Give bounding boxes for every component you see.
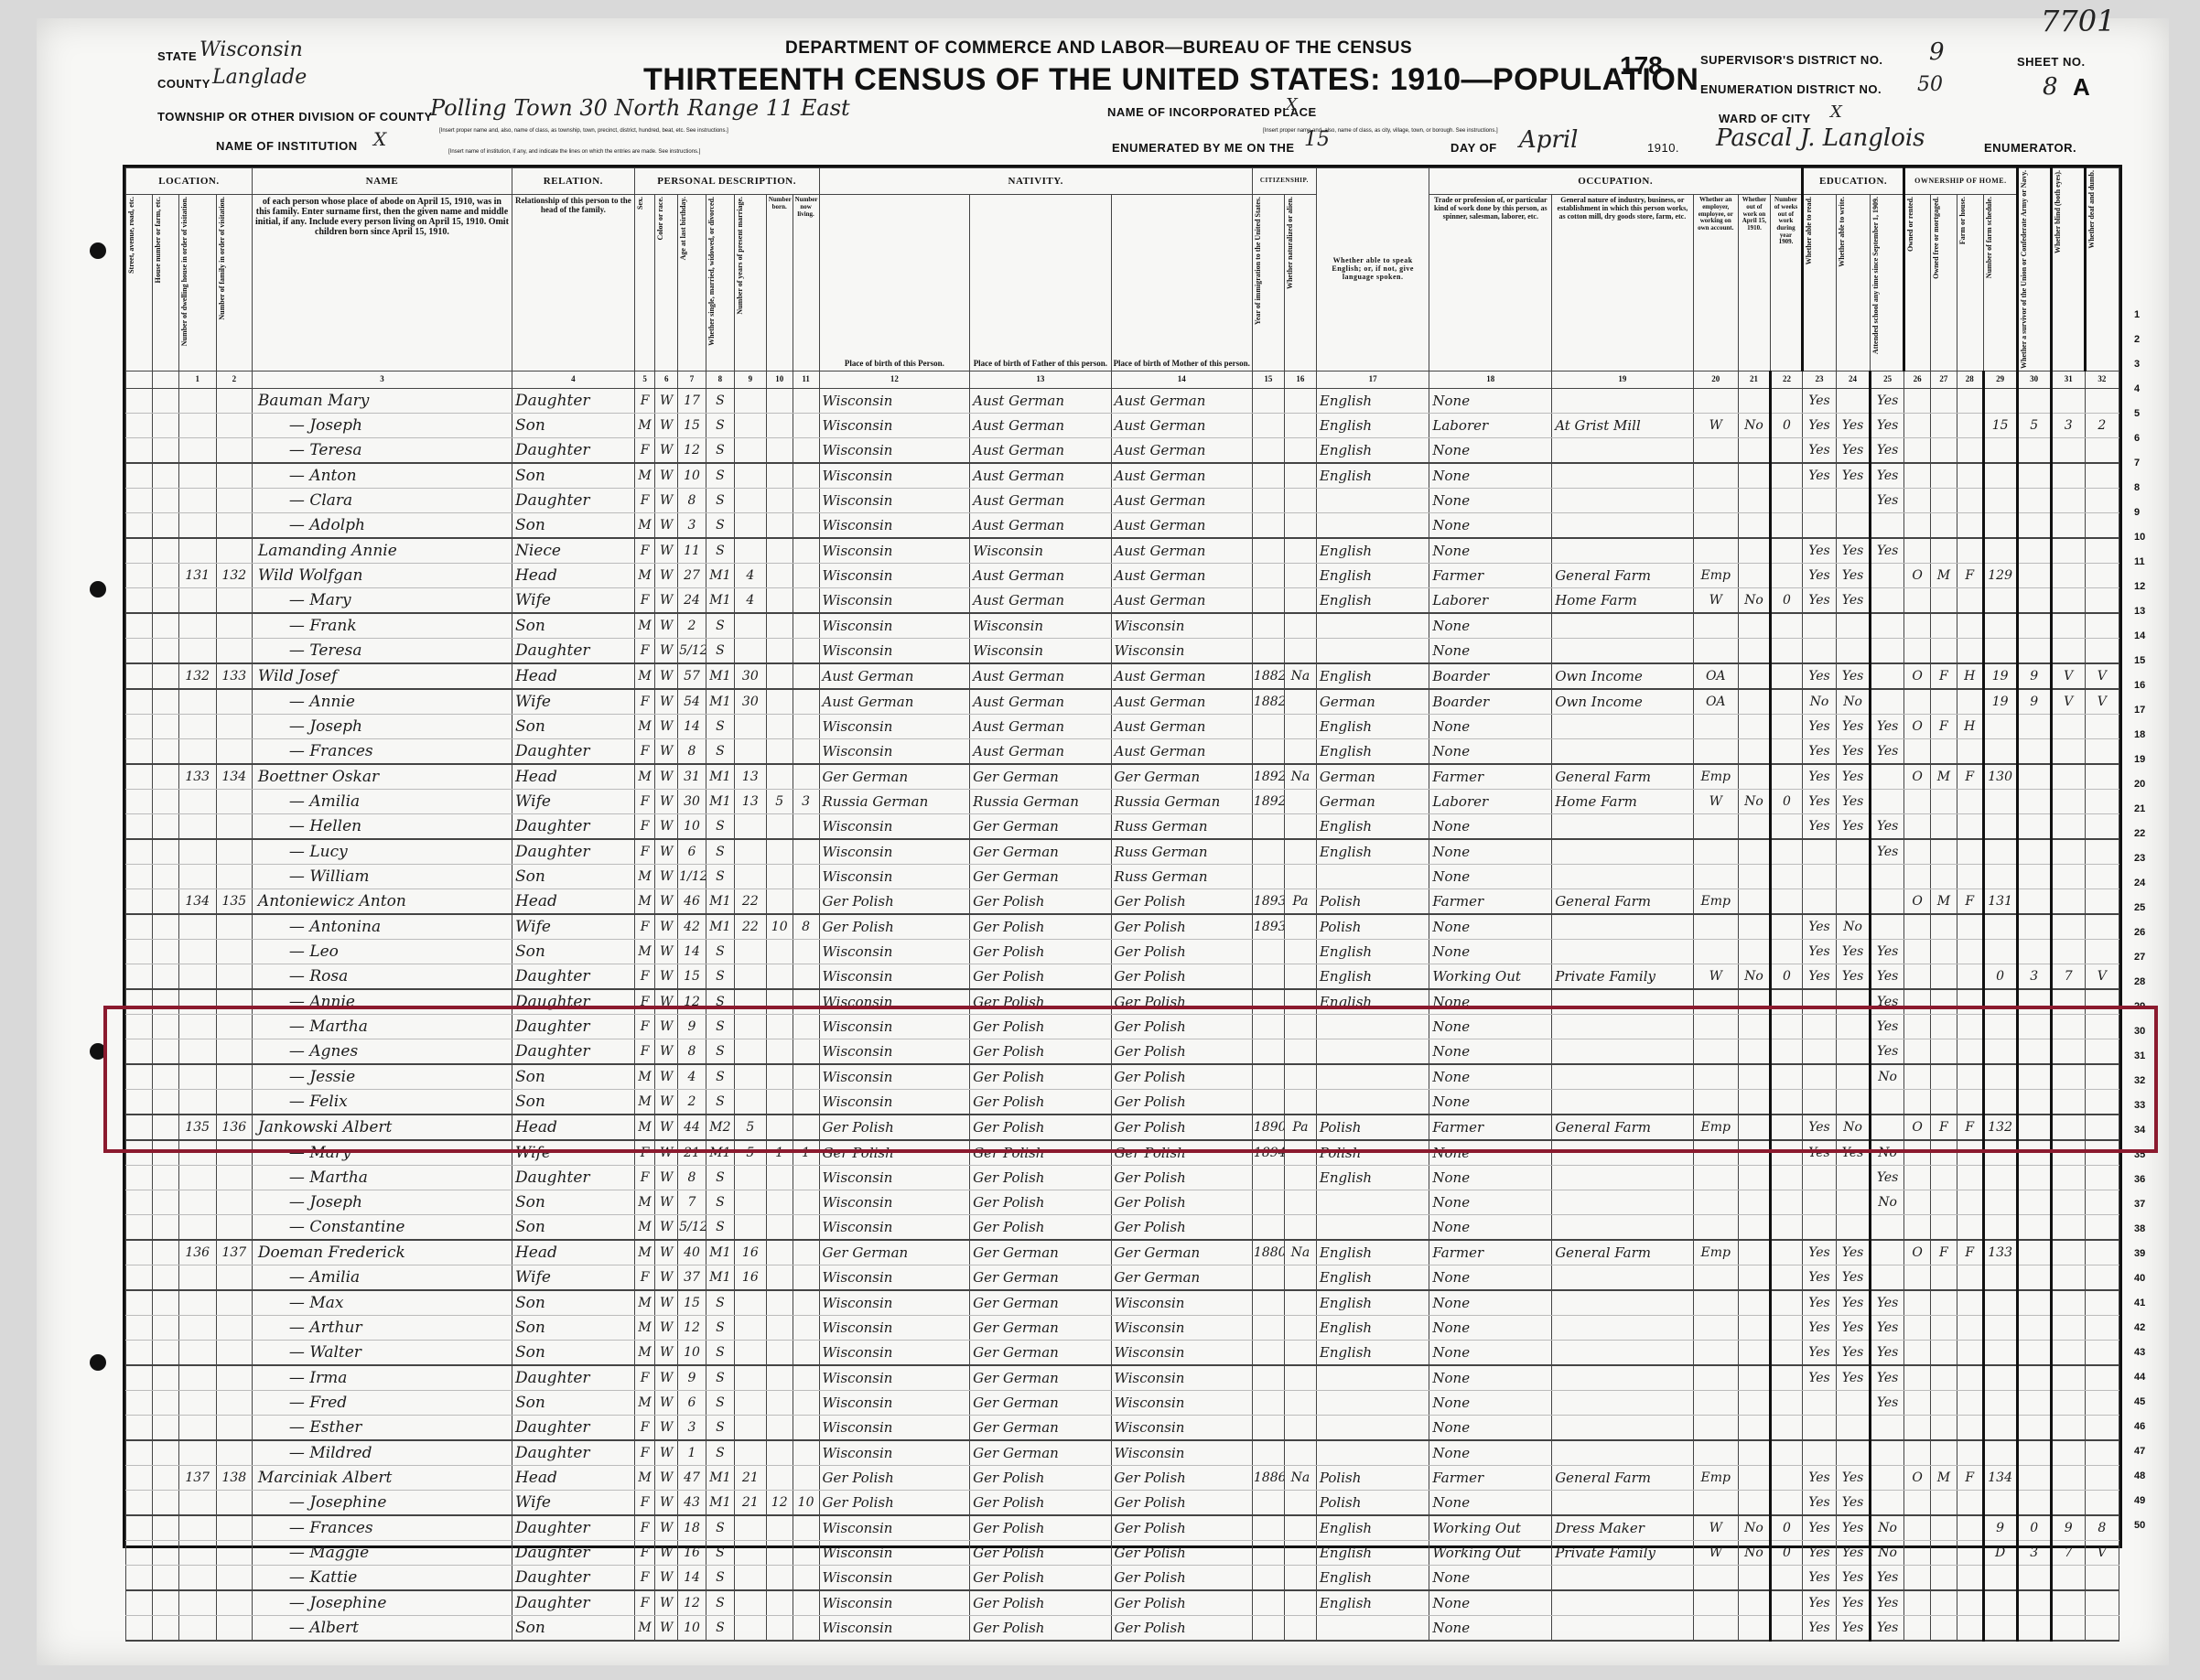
cell-years-married bbox=[734, 1515, 766, 1541]
cell-sched: 132 bbox=[1983, 1115, 2017, 1140]
group-occupation: OCCUPATION. bbox=[1429, 168, 1803, 195]
cell-race: W bbox=[655, 512, 678, 538]
cell-free bbox=[1930, 587, 1957, 613]
cell-out: No bbox=[1738, 789, 1770, 813]
cell-free bbox=[1930, 613, 1957, 639]
cell-write: Yes bbox=[1837, 1290, 1871, 1316]
cell-deaf bbox=[2085, 638, 2119, 663]
cell-street bbox=[126, 1165, 153, 1190]
cell-read bbox=[1802, 1390, 1836, 1415]
cell-write: Yes bbox=[1837, 1265, 1871, 1290]
cell-years-married bbox=[734, 1565, 766, 1590]
cell-weeks bbox=[1770, 638, 1802, 663]
cell-father-birth: Ger Polish bbox=[970, 1039, 1111, 1064]
cell-deaf bbox=[2085, 914, 2119, 940]
cell-sex: F bbox=[634, 1265, 655, 1290]
table-row: — AnnieDaughterFW12SWisconsinGer PolishG… bbox=[126, 989, 2119, 1015]
cell-living bbox=[793, 437, 819, 463]
cell-sched bbox=[1983, 463, 2017, 489]
cell-read bbox=[1802, 989, 1836, 1015]
cell-family bbox=[216, 839, 252, 865]
table-row: Lamanding AnnieNieceFW11SWisconsinWiscon… bbox=[126, 538, 2119, 564]
cell-years-married bbox=[734, 1540, 766, 1565]
cell-industry bbox=[1552, 1265, 1693, 1290]
cell-read bbox=[1802, 488, 1836, 512]
cell-years-married bbox=[734, 1315, 766, 1340]
cell-write: Yes bbox=[1837, 764, 1871, 790]
cell-nat bbox=[1284, 839, 1316, 865]
cell-survivor bbox=[2017, 813, 2051, 839]
cell-emp: Emp bbox=[1693, 764, 1738, 790]
cell-relation: Son bbox=[512, 463, 634, 489]
cell-marital: S bbox=[706, 1415, 734, 1440]
sheet-value: 8 bbox=[2043, 73, 2058, 101]
cell-own bbox=[1904, 813, 1931, 839]
cell-school: Yes bbox=[1871, 388, 1904, 413]
cell-name: — Esther bbox=[252, 1415, 512, 1440]
cell-language bbox=[1316, 1014, 1429, 1039]
cell-birth: Wisconsin bbox=[819, 1315, 970, 1340]
cell-sex: M bbox=[634, 1115, 655, 1140]
cell-living bbox=[793, 463, 819, 489]
line-number: 4 bbox=[2134, 383, 2140, 394]
cell-read bbox=[1802, 1089, 1836, 1115]
cell-age: 1/12 bbox=[678, 864, 706, 888]
cell-marital: S bbox=[706, 1565, 734, 1590]
cell-race: W bbox=[655, 1390, 678, 1415]
cell-farm: H bbox=[1957, 714, 1983, 738]
enumerator-name: Pascal J. Langlois bbox=[1716, 124, 1925, 152]
header-employer: Whether an employer, employee, or workin… bbox=[1693, 195, 1738, 372]
column-number: 2 bbox=[216, 371, 252, 388]
cell-name: — Clara bbox=[252, 488, 512, 512]
cell-living: 1 bbox=[793, 1140, 819, 1166]
cell-out bbox=[1738, 1240, 1770, 1265]
cell-industry: Private Family bbox=[1552, 1540, 1693, 1565]
cell-marital: S bbox=[706, 538, 734, 564]
cell-deaf bbox=[2085, 1115, 2119, 1140]
column-number: 13 bbox=[970, 371, 1111, 388]
cell-write bbox=[1837, 488, 1871, 512]
cell-nat bbox=[1284, 538, 1316, 564]
cell-family bbox=[216, 512, 252, 538]
cell-language bbox=[1316, 1615, 1429, 1641]
cell-relation: Wife bbox=[512, 1140, 634, 1166]
cell-industry bbox=[1552, 512, 1693, 538]
cell-dwelling bbox=[178, 1415, 216, 1440]
line-number: 25 bbox=[2134, 902, 2145, 913]
cell-emp bbox=[1693, 813, 1738, 839]
cell-nat bbox=[1284, 437, 1316, 463]
cell-father-birth: Aust German bbox=[970, 738, 1111, 764]
cell-father-birth: Aust German bbox=[970, 488, 1111, 512]
cell-school bbox=[1871, 864, 1904, 888]
cell-living bbox=[793, 714, 819, 738]
cell-trade: None bbox=[1429, 1165, 1552, 1190]
cell-read: Yes bbox=[1802, 587, 1836, 613]
cell-house bbox=[152, 538, 178, 564]
cell-emp bbox=[1693, 1265, 1738, 1290]
cell-out: No bbox=[1738, 1540, 1770, 1565]
cell-father-birth: Ger German bbox=[970, 1290, 1111, 1316]
cell-write: Yes bbox=[1837, 463, 1871, 489]
cell-street bbox=[126, 1140, 153, 1166]
cell-blind: 9 bbox=[2051, 1515, 2085, 1541]
cell-survivor: 3 bbox=[2017, 964, 2051, 989]
cell-deaf: 8 bbox=[2085, 1515, 2119, 1541]
cell-out bbox=[1738, 1014, 1770, 1039]
cell-farm bbox=[1957, 1064, 1983, 1090]
table-row: — MarthaDaughterFW8SWisconsinGer PolishG… bbox=[126, 1165, 2119, 1190]
cell-read bbox=[1802, 613, 1836, 639]
cell-language: English bbox=[1316, 1515, 1429, 1541]
cell-own bbox=[1904, 1039, 1931, 1064]
cell-nat bbox=[1284, 714, 1316, 738]
line-number: 47 bbox=[2134, 1446, 2145, 1457]
cell-sched bbox=[1983, 1014, 2017, 1039]
cell-born bbox=[766, 437, 793, 463]
cell-living bbox=[793, 1615, 819, 1641]
cell-birth: Wisconsin bbox=[819, 413, 970, 437]
institution-value: X bbox=[373, 128, 386, 150]
cell-street bbox=[126, 538, 153, 564]
cell-house bbox=[152, 638, 178, 663]
cell-industry bbox=[1552, 388, 1693, 413]
cell-own: O bbox=[1904, 764, 1931, 790]
cell-mother-birth: Ger Polish bbox=[1111, 1064, 1252, 1090]
cell-living bbox=[793, 839, 819, 865]
cell-sex: M bbox=[634, 714, 655, 738]
cell-blind bbox=[2051, 864, 2085, 888]
cell-years-married: 13 bbox=[734, 764, 766, 790]
cell-age: 7 bbox=[678, 1190, 706, 1214]
cell-own bbox=[1904, 1140, 1931, 1166]
cell-father-birth: Ger Polish bbox=[970, 1089, 1111, 1115]
cell-deaf bbox=[2085, 613, 2119, 639]
cell-mother-birth: Wisconsin bbox=[1111, 1415, 1252, 1440]
cell-house bbox=[152, 689, 178, 715]
cell-read: Yes bbox=[1802, 764, 1836, 790]
cell-survivor bbox=[2017, 563, 2051, 587]
cell-weeks bbox=[1770, 663, 1802, 689]
cell-birth: Ger Polish bbox=[819, 1465, 970, 1490]
cell-mother-birth: Ger Polish bbox=[1111, 1039, 1252, 1064]
cell-trade: Working Out bbox=[1429, 1540, 1552, 1565]
cell-write: Yes bbox=[1837, 413, 1871, 437]
cell-marital: S bbox=[706, 1165, 734, 1190]
cell-house bbox=[152, 1140, 178, 1166]
cell-sex: F bbox=[634, 1415, 655, 1440]
column-number: 20 bbox=[1693, 371, 1738, 388]
cell-family bbox=[216, 1190, 252, 1214]
cell-family bbox=[216, 1490, 252, 1515]
cell-free bbox=[1930, 1565, 1957, 1590]
cell-born bbox=[766, 1089, 793, 1115]
cell-father-birth: Ger German bbox=[970, 1365, 1111, 1391]
cell-immig: 1882 bbox=[1252, 689, 1284, 715]
cell-sched bbox=[1983, 914, 2017, 940]
column-number: 25 bbox=[1871, 371, 1904, 388]
cell-mother-birth: Aust German bbox=[1111, 563, 1252, 587]
cell-relation: Son bbox=[512, 1615, 634, 1641]
cell-sex: M bbox=[634, 413, 655, 437]
cell-name: — Maggie bbox=[252, 1540, 512, 1565]
cell-name: Wild Wolfgan bbox=[252, 563, 512, 587]
cell-industry bbox=[1552, 1140, 1693, 1166]
department-title: DEPARTMENT OF COMMERCE AND LABOR—BUREAU … bbox=[785, 38, 1412, 59]
cell-language: English bbox=[1316, 463, 1429, 489]
cell-industry bbox=[1552, 1390, 1693, 1415]
cell-weeks bbox=[1770, 1214, 1802, 1240]
cell-family bbox=[216, 939, 252, 964]
cell-out bbox=[1738, 813, 1770, 839]
cell-house bbox=[152, 1565, 178, 1590]
cell-language bbox=[1316, 864, 1429, 888]
cell-sex: M bbox=[634, 563, 655, 587]
cell-immig bbox=[1252, 538, 1284, 564]
cell-family bbox=[216, 538, 252, 564]
cell-dwelling bbox=[178, 964, 216, 989]
cell-name: — Joseph bbox=[252, 1190, 512, 1214]
cell-read bbox=[1802, 888, 1836, 914]
cell-out bbox=[1738, 1390, 1770, 1415]
cell-language bbox=[1316, 638, 1429, 663]
cell-name: — Martha bbox=[252, 1014, 512, 1039]
cell-out bbox=[1738, 1440, 1770, 1466]
cell-sched bbox=[1983, 1565, 2017, 1590]
table-row: — TeresaDaughterFW12SWisconsinAust Germa… bbox=[126, 437, 2119, 463]
cell-house bbox=[152, 1540, 178, 1565]
cell-dwelling: 137 bbox=[178, 1465, 216, 1490]
cell-farm bbox=[1957, 864, 1983, 888]
cell-marital: S bbox=[706, 1190, 734, 1214]
cell-mother-birth: Russ German bbox=[1111, 813, 1252, 839]
cell-dwelling bbox=[178, 488, 216, 512]
header-weeks-out: Number of weeks out of work during year … bbox=[1770, 195, 1802, 372]
cell-free bbox=[1930, 813, 1957, 839]
cell-survivor bbox=[2017, 1190, 2051, 1214]
cell-relation: Son bbox=[512, 714, 634, 738]
cell-emp: W bbox=[1693, 1515, 1738, 1541]
cell-years-married: 16 bbox=[734, 1265, 766, 1290]
cell-relation: Niece bbox=[512, 538, 634, 564]
cell-nat: Pa bbox=[1284, 888, 1316, 914]
cell-father-birth: Ger German bbox=[970, 1315, 1111, 1340]
cell-survivor: 5 bbox=[2017, 413, 2051, 437]
cell-language bbox=[1316, 1415, 1429, 1440]
cell-mother-birth: Wisconsin bbox=[1111, 1315, 1252, 1340]
cell-free bbox=[1930, 463, 1957, 489]
cell-trade: None bbox=[1429, 613, 1552, 639]
cell-father-birth: Ger Polish bbox=[970, 1515, 1111, 1541]
cell-father-birth: Ger Polish bbox=[970, 1190, 1111, 1214]
cell-weeks bbox=[1770, 1064, 1802, 1090]
cell-relation: Daughter bbox=[512, 1014, 634, 1039]
cell-blind bbox=[2051, 1590, 2085, 1616]
cell-deaf bbox=[2085, 488, 2119, 512]
county-label: COUNTY bbox=[157, 77, 210, 91]
table-row: 134135Antoniewicz AntonHeadMW46M122Ger P… bbox=[126, 888, 2119, 914]
cell-street bbox=[126, 914, 153, 940]
cell-blind bbox=[2051, 1140, 2085, 1166]
cell-survivor bbox=[2017, 864, 2051, 888]
cell-years-married bbox=[734, 463, 766, 489]
cell-born bbox=[766, 1190, 793, 1214]
cell-race: W bbox=[655, 1540, 678, 1565]
column-number: 11 bbox=[793, 371, 819, 388]
cell-weeks: 0 bbox=[1770, 964, 1802, 989]
cell-father-birth: Aust German bbox=[970, 512, 1111, 538]
cell-own bbox=[1904, 638, 1931, 663]
header-dwelling-number: Number of dwelling house in order of vis… bbox=[181, 197, 189, 346]
cell-mother-birth: Ger Polish bbox=[1111, 1165, 1252, 1190]
cell-free bbox=[1930, 1440, 1957, 1466]
cell-street bbox=[126, 1089, 153, 1115]
cell-trade: None bbox=[1429, 1014, 1552, 1039]
cell-father-birth: Ger Polish bbox=[970, 1540, 1111, 1565]
cell-family bbox=[216, 638, 252, 663]
table-row: — AlbertSonMW10SWisconsinGer PolishGer P… bbox=[126, 1615, 2119, 1641]
cell-sched: 9 bbox=[1983, 1515, 2017, 1541]
cell-industry bbox=[1552, 1290, 1693, 1316]
cell-immig bbox=[1252, 989, 1284, 1015]
cell-blind bbox=[2051, 1115, 2085, 1140]
cell-write bbox=[1837, 1415, 1871, 1440]
cell-born: 1 bbox=[766, 1140, 793, 1166]
header-language: Whether able to speak English; or, if no… bbox=[1316, 168, 1429, 372]
cell-name: — Mary bbox=[252, 1140, 512, 1166]
cell-emp: W bbox=[1693, 789, 1738, 813]
cell-weeks: 0 bbox=[1770, 789, 1802, 813]
cell-blind: 3 bbox=[2051, 413, 2085, 437]
cell-out bbox=[1738, 463, 1770, 489]
cell-years-married bbox=[734, 1340, 766, 1365]
cell-mother-birth: Ger Polish bbox=[1111, 1490, 1252, 1515]
cell-trade: None bbox=[1429, 1590, 1552, 1616]
cell-trade: Working Out bbox=[1429, 1515, 1552, 1541]
cell-street bbox=[126, 1615, 153, 1641]
cell-age: 15 bbox=[678, 1290, 706, 1316]
cell-mother-birth: Russia German bbox=[1111, 789, 1252, 813]
cell-sched bbox=[1983, 1140, 2017, 1166]
cell-language: English bbox=[1316, 587, 1429, 613]
cell-living bbox=[793, 1365, 819, 1391]
cell-industry bbox=[1552, 1039, 1693, 1064]
cell-school: Yes bbox=[1871, 1165, 1904, 1190]
cell-deaf bbox=[2085, 714, 2119, 738]
cell-relation: Daughter bbox=[512, 813, 634, 839]
cell-emp bbox=[1693, 939, 1738, 964]
cell-living bbox=[793, 1064, 819, 1090]
cell-dwelling bbox=[178, 1565, 216, 1590]
header-owned-rented: Owned or rented. bbox=[1907, 197, 1915, 252]
cell-living bbox=[793, 388, 819, 413]
cell-age: 9 bbox=[678, 1365, 706, 1391]
cell-language: English bbox=[1316, 1265, 1429, 1290]
table-row: — ConstantineSonMW5/12SWisconsinGer Poli… bbox=[126, 1214, 2119, 1240]
cell-write bbox=[1837, 512, 1871, 538]
cell-age: 31 bbox=[678, 764, 706, 790]
cell-living bbox=[793, 1165, 819, 1190]
cell-street bbox=[126, 1240, 153, 1265]
cell-industry: Own Income bbox=[1552, 689, 1693, 715]
cell-farm bbox=[1957, 964, 1983, 989]
cell-weeks bbox=[1770, 1190, 1802, 1214]
cell-blind bbox=[2051, 638, 2085, 663]
cell-nat bbox=[1284, 413, 1316, 437]
cell-school: Yes bbox=[1871, 964, 1904, 989]
cell-read: Yes bbox=[1802, 789, 1836, 813]
cell-age: 5/12 bbox=[678, 1214, 706, 1240]
cell-street bbox=[126, 437, 153, 463]
cell-dwelling bbox=[178, 864, 216, 888]
cell-weeks bbox=[1770, 1490, 1802, 1515]
cell-school: Yes bbox=[1871, 1590, 1904, 1616]
cell-school: No bbox=[1871, 1064, 1904, 1090]
group-name: NAME bbox=[252, 168, 512, 195]
cell-deaf bbox=[2085, 1390, 2119, 1415]
cell-emp: Emp bbox=[1693, 1240, 1738, 1265]
cell-mother-birth: Ger Polish bbox=[1111, 1214, 1252, 1240]
cell-father-birth: Ger Polish bbox=[970, 964, 1111, 989]
cell-age: 44 bbox=[678, 1115, 706, 1140]
line-number: 44 bbox=[2134, 1372, 2145, 1383]
cell-sched bbox=[1983, 1165, 2017, 1190]
cell-born bbox=[766, 989, 793, 1015]
cell-free bbox=[1930, 989, 1957, 1015]
cell-dwelling: 135 bbox=[178, 1115, 216, 1140]
cell-sched bbox=[1983, 388, 2017, 413]
cell-own bbox=[1904, 1315, 1931, 1340]
cell-father-birth: Ger Polish bbox=[970, 1615, 1111, 1641]
cell-emp bbox=[1693, 714, 1738, 738]
header-immigration-year: Year of immigration to the United States… bbox=[1255, 197, 1263, 325]
cell-own bbox=[1904, 689, 1931, 715]
cell-school: Yes bbox=[1871, 1340, 1904, 1365]
cell-father-birth: Ger German bbox=[970, 1265, 1111, 1290]
line-number: 50 bbox=[2134, 1520, 2145, 1531]
cell-mother-birth: Wisconsin bbox=[1111, 1365, 1252, 1391]
cell-mother-birth: Aust German bbox=[1111, 463, 1252, 489]
cell-deaf bbox=[2085, 1265, 2119, 1290]
cell-living bbox=[793, 813, 819, 839]
cell-years-married bbox=[734, 1214, 766, 1240]
cell-race: W bbox=[655, 1190, 678, 1214]
cell-school: Yes bbox=[1871, 939, 1904, 964]
cell-mother-birth: Ger Polish bbox=[1111, 1540, 1252, 1565]
line-number: 15 bbox=[2134, 655, 2145, 666]
cell-nat: Na bbox=[1284, 1465, 1316, 1490]
cell-marital: M1 bbox=[706, 1265, 734, 1290]
cell-age: 18 bbox=[678, 1515, 706, 1541]
cell-name: — Anton bbox=[252, 463, 512, 489]
cell-relation: Head bbox=[512, 1240, 634, 1265]
cell-nat bbox=[1284, 587, 1316, 613]
cell-industry bbox=[1552, 1415, 1693, 1440]
cell-house bbox=[152, 764, 178, 790]
cell-sched: D bbox=[1983, 1540, 2017, 1565]
cell-father-birth: Aust German bbox=[970, 413, 1111, 437]
cell-write bbox=[1837, 613, 1871, 639]
cell-years-married bbox=[734, 1415, 766, 1440]
cell-out bbox=[1738, 388, 1770, 413]
cell-family bbox=[216, 1540, 252, 1565]
cell-mother-birth: Ger Polish bbox=[1111, 1115, 1252, 1140]
cell-dwelling bbox=[178, 1165, 216, 1190]
cell-free bbox=[1930, 789, 1957, 813]
cell-write: Yes bbox=[1837, 738, 1871, 764]
cell-birth: Ger German bbox=[819, 764, 970, 790]
